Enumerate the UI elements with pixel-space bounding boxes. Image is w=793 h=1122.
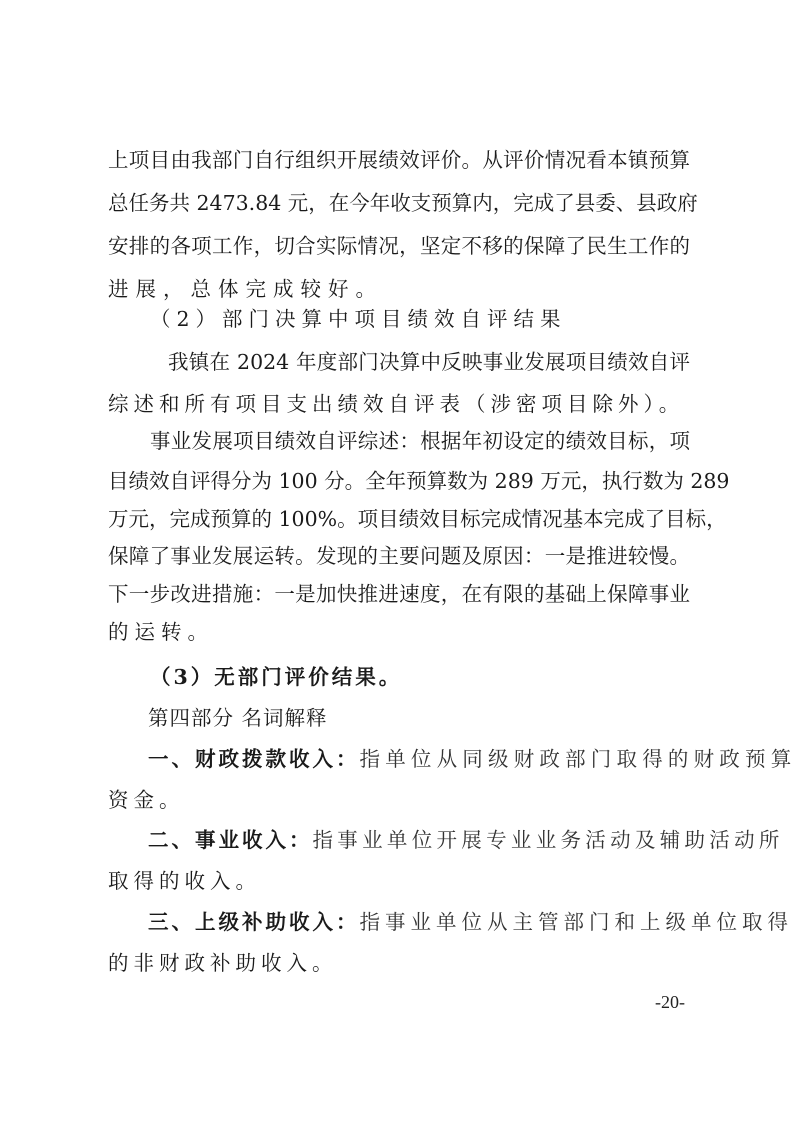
- definition-text: 指单位从同级财政部门取得的财政预算: [360, 747, 793, 771]
- body-text-line: 上项目由我部门自行组织开展绩效评价。从评价情况看本镇预算: [108, 148, 690, 172]
- body-text-line: 目绩效自评得分为 100 分。全年预算数为 289 万元，执行数为 289: [108, 469, 690, 493]
- definition-text: 指事业单位开展专业业务活动及辅助活动所: [313, 828, 784, 852]
- definition-text: 的非财政补助收入。: [108, 951, 338, 975]
- body-text-line: 总任务共 2473.84 元，在今年收支预算内，完成了县委、县政府: [108, 191, 690, 215]
- definition-term: 三、上级补助收入：: [148, 910, 360, 934]
- body-text-line: 我镇在 2024 年度部门决算中反映事业发展项目绩效自评: [168, 350, 690, 374]
- page-number: -20-: [655, 992, 685, 1013]
- definition-text: 指事业单位从主管部门和上级单位取得: [360, 910, 793, 934]
- body-text-line: 进展，总体完成较好。: [108, 277, 383, 301]
- section-title: 第四部分 名词解释: [148, 706, 328, 730]
- definition-text: 资金。: [108, 788, 185, 812]
- body-text-line: 安排的各项工作，切合实际情况，坚定不移的保障了民生工作的: [108, 234, 690, 258]
- body-text-line: 的运转。: [108, 620, 214, 644]
- subsection-heading: （2）部门决算中项目绩效自评结果: [150, 307, 567, 331]
- body-text-line: 综述和所有项目支出绩效自评表（涉密项目除外）。: [108, 392, 684, 416]
- definition-text: 取得的收入。: [108, 869, 261, 893]
- body-text-line: 下一步改进措施：一是加快推进速度，在有限的基础上保障事业: [108, 582, 690, 606]
- body-text-line: 事业发展项目绩效自评综述：根据年初设定的绩效目标，项: [150, 429, 690, 453]
- body-text-line: 保障了事业发展运转。发现的主要问题及原因：一是推进较慢。: [108, 544, 690, 568]
- definition-item: 二、事业收入： 指事业单位开展专业业务活动及辅助活动所: [148, 828, 690, 852]
- definition-item: 三、上级补助收入： 指事业单位从主管部门和上级单位取得: [148, 910, 690, 934]
- definition-term: 一、财政拨款收入：: [148, 747, 360, 771]
- definition-term: 二、事业收入：: [148, 828, 313, 852]
- definition-item: 一、财政拨款收入： 指单位从同级财政部门取得的财政预算: [148, 747, 690, 771]
- subsection-heading: （3）无部门评价结果。: [150, 665, 402, 689]
- body-text-line: 万元，完成预算的 100%。项目绩效目标完成情况基本完成了目标，: [108, 507, 690, 531]
